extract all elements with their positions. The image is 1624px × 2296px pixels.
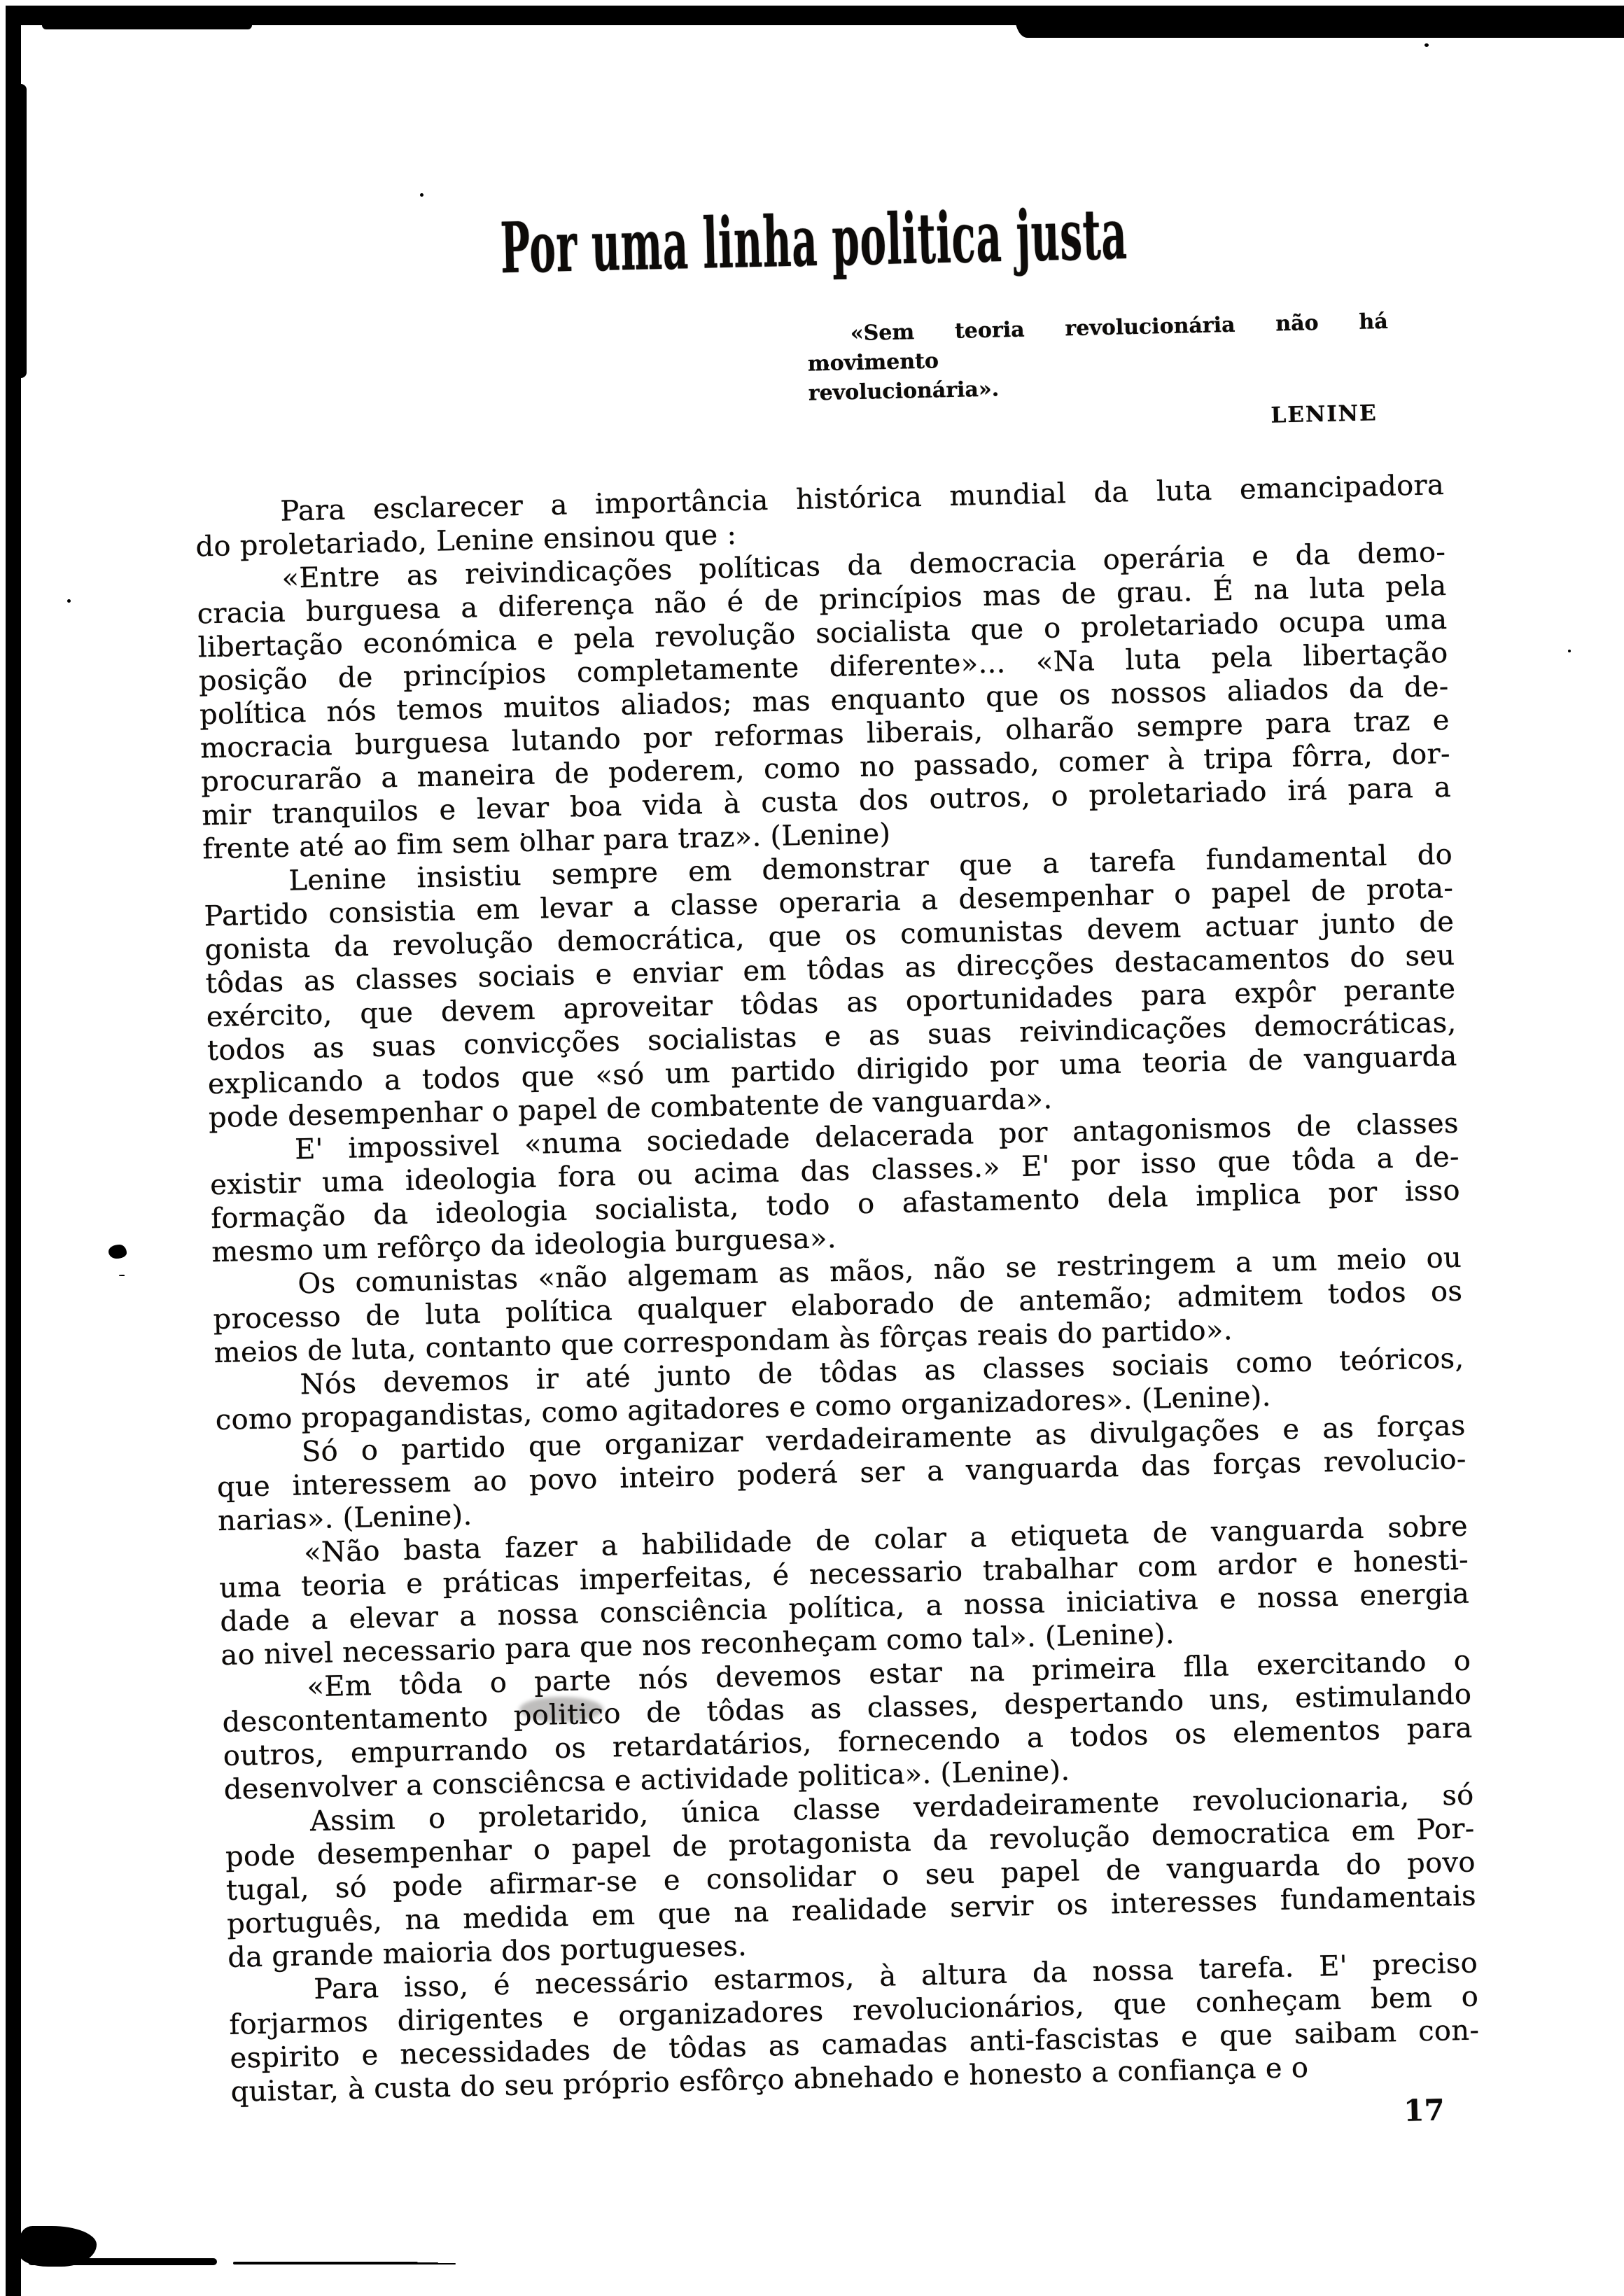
scan-edge-left	[6, 6, 21, 2296]
scanned-page: Por uma linha politica justa «Sem teoria…	[0, 0, 1624, 2296]
epigraph: «Sem teoria revolucionária não há movime…	[806, 307, 1390, 441]
ink-spot-left-margin	[108, 1245, 127, 1259]
ink-speck	[1568, 650, 1571, 652]
ink-speck	[67, 599, 71, 603]
scan-edge-top-ragged	[42, 24, 252, 29]
paragraph: Lenine insistiu sempre em demonstrar que…	[203, 838, 1458, 1135]
paragraph: «Entre as reivindicações políticas da de…	[196, 535, 1452, 866]
ink-streak-bottom-left	[28, 2258, 217, 2265]
paragraph: Para isso, é necessário estarmos, à altu…	[228, 1946, 1480, 2108]
article-body: Para esclarecer a importância histórica …	[195, 468, 1480, 2109]
article-title-row: Por uma linha politica justa	[188, 185, 1438, 272]
scan-edge-top-right	[1015, 6, 1624, 38]
article-title: Por uma linha politica justa	[499, 192, 1128, 289]
scan-edge-left-ragged	[20, 84, 27, 378]
paragraph: Assim o proletarido, única classe verdad…	[224, 1779, 1477, 1975]
ink-speck	[1424, 43, 1429, 47]
ink-speck	[420, 193, 423, 197]
printed-content: Por uma linha politica justa «Sem teoria…	[188, 185, 1481, 2155]
